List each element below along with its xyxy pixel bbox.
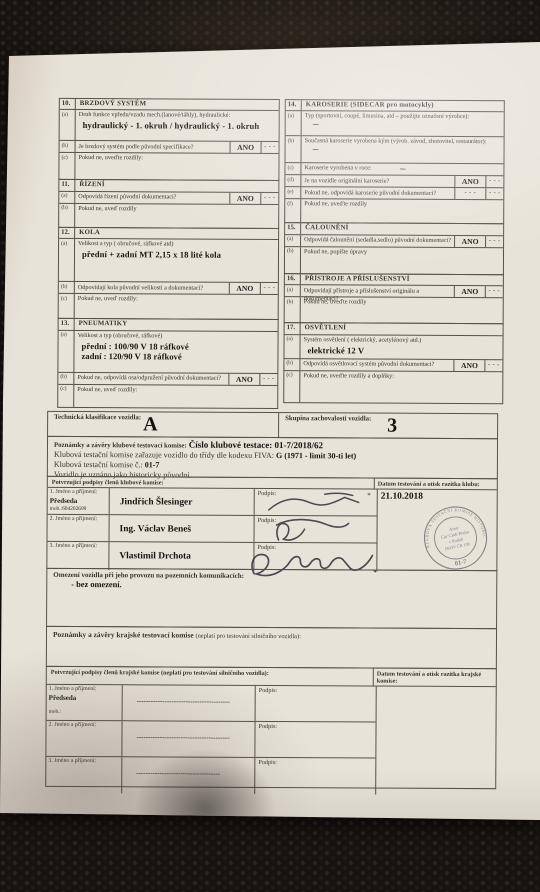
answer-dash: - - - <box>261 142 279 153</box>
signature-row-3: 3. Jméno a příjmení: Vlastimil Drchota P… <box>47 542 376 572</box>
section-title: BRZDOVÝ SYSTÉM <box>76 99 147 110</box>
mobile-number: mob.:604202699 <box>50 505 107 512</box>
signature-2-ink <box>268 516 368 547</box>
signature-1-ink <box>265 491 375 518</box>
row-id: (c) <box>59 294 75 318</box>
club-signatures-header: Potvrzující podpisy členů klubové komise… <box>48 477 375 489</box>
blank-name-line: ------------------------------------ <box>122 757 254 778</box>
row-label: Pokud ne, uveďte rozdíly <box>301 298 503 324</box>
row-id: (a) <box>59 239 75 281</box>
row-label: Současná karoserie vyrobena kým (výrob. … <box>305 138 502 147</box>
row-value-rear: zadní : 120/90 V 18 ráfkové <box>77 351 275 363</box>
row-label: Pokud ne, odpovídá osa/odpružení původní… <box>74 373 228 385</box>
regional-notes-heading: Poznámky a závěry krajské testovací komi… <box>53 630 195 640</box>
name-label: 2. Jméno a příjmení: <box>49 722 120 730</box>
row-id: (b) <box>58 373 74 384</box>
member-name: Jindřich Šlesinger <box>110 488 254 508</box>
row-label: Je na vozidle originální karoserie? <box>301 176 454 188</box>
restrictions-value: - bez omezení. <box>47 579 496 591</box>
answer-dash: - - - <box>259 374 277 385</box>
tech-classification-value: A <box>143 413 158 436</box>
row-id: (e) <box>285 188 301 199</box>
regional-signature-row-2: 2. Jméno a příjmení: -------------------… <box>46 721 375 759</box>
section-number: 10. <box>60 99 76 110</box>
row-label: Odpovídá osvětlovací systém původní doku… <box>300 359 453 371</box>
section-title: ŘÍZENÍ <box>75 180 104 191</box>
date-and-stamp-cell: 21.10.2018 KLUBOVÁ TESTAČNÍ KOMISE HISTO… <box>377 490 496 573</box>
answer-ano: ANO <box>453 360 484 371</box>
club-stamp: KLUBOVÁ TESTAČNÍ KOMISE HISTORICKÝCH VOZ… <box>414 497 497 580</box>
paper-document: 10.BRZDOVÝ SYSTÉM (a)Druh funkce vpředu/… <box>0 0 540 892</box>
row-id: (c) <box>284 371 300 402</box>
row-id: (b) <box>285 137 301 163</box>
section-number: 12. <box>59 228 75 239</box>
row-id: (a) <box>59 192 75 203</box>
signature-row-1: 1. Jméno a příjmení:Předsedamob.:6042026… <box>48 488 377 517</box>
row-label: Odpovídají kola původní velikosti a doku… <box>75 282 229 294</box>
podpis-label: Podpis: <box>259 723 278 730</box>
blank-name-line: ---------------------------------------- <box>123 685 255 706</box>
name-label: 1. Jméno a příjmení: <box>50 489 107 497</box>
row-label: Odpovídá čalounění (sedadla,sedlo) původ… <box>301 235 454 247</box>
row-label: Systém osvětlení ( elektrický, acetyléno… <box>304 336 501 345</box>
regional-notes-box: Poznámky a závěry krajské testovací komi… <box>46 626 497 669</box>
row-label: Pokud ne, uveďte rozdíly a doplňky: <box>300 371 502 403</box>
preservation-group-value: 3 <box>387 415 397 438</box>
regional-signatures-table: Potvrzující podpisy členů krajské komise… <box>45 666 497 789</box>
section-title: PŘÍSTROJE A PŘÍSLUŠENSTVÍ <box>301 274 410 285</box>
row-value: ---- <box>305 145 502 155</box>
answer-ano: ANO <box>229 283 260 294</box>
blank-name-line: ---------------------------------------- <box>122 721 254 742</box>
row-id: (b) <box>60 141 76 152</box>
club-commission-number: 01-7 <box>145 460 160 469</box>
row-id: (d) <box>285 176 301 187</box>
answer-dash: - - - <box>260 193 278 204</box>
classification-row: Technická klasifikace vozidla: A Skupina… <box>47 411 498 439</box>
section-number: 13. <box>59 319 75 330</box>
answer-ano: ANO <box>228 374 259 385</box>
row-label: Pokud ne, odpovídá karoserie původní dok… <box>301 188 454 200</box>
member-name: Vlastimil Drchota <box>109 542 253 562</box>
row-id: (b) <box>285 247 301 273</box>
row-value-front: přední : 100/90 V 18 ráfkové <box>77 340 275 353</box>
tech-classification-label: Technická klasifikace vozidla: <box>48 412 278 422</box>
answer-ano: ANO <box>229 193 260 204</box>
club-notes-line3: Klubová testační komise č.: <box>54 460 145 469</box>
section-title: PNEUMATIKY <box>75 319 128 330</box>
regional-notes-suffix: (neplatí pro testování silničního vozidl… <box>195 633 300 641</box>
row-label: Pokud ne, uveďte rozdíly <box>301 200 503 224</box>
row-label: Pokud ne, uveďte rozdíly: <box>75 153 278 180</box>
row-label: Typ (sportovní, coupé, limusina, atd – p… <box>305 113 502 122</box>
regional-signatures-header: Potvrzující podpisy členů krajské komise… <box>47 667 374 686</box>
answer-ano: ANO <box>230 142 261 153</box>
right-column: 14.KAROSERIE (SIDECAR pro motocykly) (a)… <box>283 100 505 404</box>
row-id: (a) <box>284 335 300 358</box>
name-label: 3. Jméno a příjmení: <box>49 543 106 551</box>
row-id: (a) <box>285 286 301 297</box>
row-label: Druh funkce vpředu/vzadu mech.(lanové/tá… <box>79 111 277 120</box>
podpis-label: Podpis: <box>259 687 278 694</box>
section-title: OSVĚTLENÍ <box>301 324 347 335</box>
section-number: 17. <box>285 324 301 335</box>
section-osvetleni: 17.OSVĚTLENÍ (a)Systém osvětlení ( elekt… <box>283 323 503 405</box>
club-notes-line2: Klubová testační komise zařazuje vozidlo… <box>54 450 276 460</box>
row-id: (a) <box>58 331 74 372</box>
club-notes-heading: Poznámky a závěry klubové testovací komi… <box>54 442 187 450</box>
section-calouneni: 15.ČALOUNĚNÍ (a)Odpovídá čalounění (seda… <box>284 223 504 276</box>
row-value: hydraulický - 1. okruh / hydraulický - 1… <box>79 119 277 132</box>
answer-dash: - - - <box>485 236 503 247</box>
club-test-number: Číslo klubové testace: 01-7/2018/62 <box>189 440 323 451</box>
row-label: Odpovídají přístroje a příslušenství ori… <box>301 286 454 298</box>
section-number: 15. <box>285 224 301 235</box>
answer-ano: ANO <box>454 236 485 247</box>
row-label: Pokud ne, uveď rozdíly: <box>74 385 277 408</box>
section-title: ČALOUNĚNÍ <box>301 224 348 235</box>
section-number: 14. <box>286 100 302 111</box>
left-column: 10.BRZDOVÝ SYSTÉM (a)Druh funkce vpředu/… <box>57 99 280 409</box>
stamp-number: 01-7 <box>454 558 468 567</box>
mobile-label: mob.: <box>49 702 120 715</box>
answer-dash: - - - <box>485 177 503 188</box>
row-id: (b) <box>284 359 300 370</box>
role-label: Předseda <box>50 496 107 505</box>
role-label: Předseda <box>49 693 120 702</box>
row-value: přední + zadní MT 2,15 x 18 lité kola <box>78 248 276 261</box>
row-id: (a) <box>60 110 76 140</box>
answer-ano: ANO <box>454 286 485 297</box>
answer-dash: - - - <box>485 189 503 200</box>
answer-dash: - - - <box>485 287 503 298</box>
section-title: KOLA <box>75 228 100 239</box>
regional-stamp-header: Datum testování a otisk razítka krajské … <box>374 669 496 687</box>
row-value: ---- <box>305 120 502 130</box>
club-stamp-header: Datum testování a otisk razítka klubu: <box>375 479 497 490</box>
regional-date-cell <box>376 687 496 796</box>
section-rizeni: 11.ŘÍZENÍ (a)Odpovídá řízení původní dok… <box>58 179 279 229</box>
regional-signature-row-1: 1. Jméno a příjmení:Předsedamob.: ------… <box>47 685 376 723</box>
row-id: (c) <box>58 385 74 407</box>
row-id: (c) <box>59 153 75 179</box>
section-pneumatiky: 13.PNEUMATIKY (a)Velikost a typ (obručov… <box>57 318 278 409</box>
row-id: (f) <box>285 200 301 223</box>
regional-signature-row-3: 3. Jméno a příjmení: -------------------… <box>46 757 375 795</box>
answer-dash: - - - <box>454 188 485 199</box>
restrictions-box: Omezení vozidla při jeho provozu na poze… <box>46 568 497 629</box>
podpis-label: Podpis: <box>258 759 277 766</box>
answer-ano: ANO <box>454 176 485 187</box>
photo-background: 10.BRZDOVÝ SYSTÉM (a)Druh funkce vpředu/… <box>0 0 540 892</box>
club-signatures-table: Potvrzující podpisy členů klubové komise… <box>46 476 497 571</box>
row-id: (b) <box>59 282 75 293</box>
row-label: Pokud ne, popište úpravy <box>301 247 503 274</box>
paper-shadow: 10.BRZDOVÝ SYSTÉM (a)Druh funkce vpředu/… <box>0 0 540 892</box>
row-id: (b) <box>285 298 301 323</box>
row-label: Karoserie vyrobena v roce: <box>304 165 371 175</box>
form-content: 10.BRZDOVÝ SYSTÉM (a)Druh funkce vpředu/… <box>0 0 540 892</box>
name-label: 3. Jméno a příjmení: <box>48 758 119 766</box>
row-label: Pokud ne, uveď rozdíly: <box>75 294 278 319</box>
name-label: 1. Jméno a příjmení: <box>49 686 120 694</box>
section-brzdovy-system: 10.BRZDOVÝ SYSTÉM (a)Druh funkce vpředu/… <box>58 98 279 182</box>
club-notes-line2-bold: G (1971 - limit 30-ti let) <box>276 451 356 460</box>
answer-dash: - - - <box>260 283 278 294</box>
section-title: KAROSERIE (SIDECAR pro motocykly) <box>302 100 434 111</box>
club-notes: Poznámky a závěry klubové testovací komi… <box>47 436 498 479</box>
section-number: 16. <box>285 274 301 285</box>
row-label: Je brzdový systém podle původní specifik… <box>76 141 230 153</box>
row-id: (b) <box>59 204 75 227</box>
row-value: ---- <box>372 165 405 175</box>
section-karoserie: 14.KAROSERIE (SIDECAR pro motocykly) (a)… <box>284 99 505 225</box>
row-value: elektrické 12 V <box>303 344 500 357</box>
row-id: (a) <box>286 112 302 136</box>
row-id: (c) <box>285 164 301 175</box>
member-name: Ing. Václav Beneš <box>110 515 254 535</box>
section-pristroje: 16.PŘÍSTROJE A PŘÍSLUŠENSTVÍ (a)Odpovída… <box>284 273 504 325</box>
section-kola: 12.KOLA (a)Velikost a typ ( obručové, rá… <box>58 227 279 321</box>
row-id: (a) <box>285 235 301 246</box>
signature-row-2: 2. Jméno a příjmení: Ing. Václav Beneš P… <box>47 515 376 544</box>
section-number: 11. <box>59 180 75 191</box>
answer-dash: - - - <box>484 360 502 371</box>
row-label: Odpovídá řízení původní dokumentaci? <box>75 192 229 204</box>
name-label: 2. Jméno a příjmení: <box>50 516 107 524</box>
row-label: Pokud ne, uveď rozdíly <box>75 204 278 228</box>
